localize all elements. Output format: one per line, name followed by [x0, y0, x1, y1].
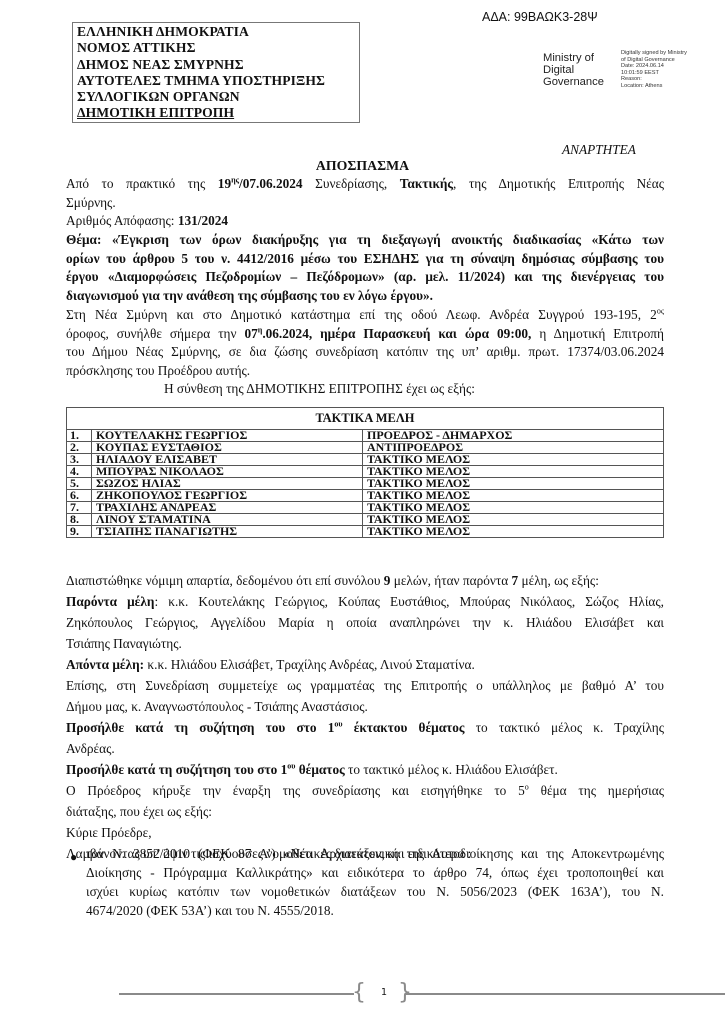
list-item-line: ισχύει κυρίως κατόπιν των νομοθετικών δι… — [86, 882, 664, 901]
list-item-line: τον Ν. 3852/2010 (ΦΕΚ 87 Α’) «Νέα Αρχιτε… — [86, 844, 664, 863]
header-line: ΕΛΛΗΝΙΚΗ ΔΗΜΟΚΡΑΤΙΑ — [77, 24, 359, 40]
digital-signature-details: Digitally signed by Ministry of Digital … — [621, 50, 687, 90]
issuer-header-box: ΕΛΛΗΝΙΚΗ ΔΗΜΟΚΡΑΤΙΑ ΝΟΜΟΣ ΑΤΤΙΚΗΣ ΔΗΜΟΣ … — [72, 22, 360, 123]
list-item-line: Διοίκησης - Πρόγραμμα Καλλικράτης» και ε… — [86, 863, 664, 882]
signature-org-line: Digital — [543, 64, 604, 76]
attendance-section: Διαπιστώθηκε νόμιμη απαρτία, δεδομένου ό… — [66, 572, 664, 864]
header-line: ΔΗΜΟΤΙΚΗ ΕΠΙΤΡΟΠΗ — [77, 105, 359, 121]
meeting-line: του Δήμου Νέας Σμύρνης, σε δια ζώσης συν… — [66, 343, 664, 362]
table-header: ΤΑΚΤΙΚΑ ΜΕΛΗ — [67, 408, 664, 430]
list-item-line: 4674/2020 (ΦΕΚ 53Α’) και του Ν. 4555/201… — [86, 901, 664, 920]
signature-detail: Reason: — [621, 76, 687, 83]
subject-line: έργου «Διαμορφώσεις Πεζοδρομίων – Πεζόδρ… — [66, 268, 664, 287]
decision-number-line: Αριθμός Απόφασης: 131/2024 — [66, 212, 664, 231]
signature-org-line: Ministry of — [543, 52, 604, 64]
meeting-line: όροφος, συνήλθε σήμερα την 07η.06.2024, … — [66, 325, 664, 344]
table-header-row: ΤΑΚΤΙΚΑ ΜΕΛΗ — [67, 408, 664, 430]
signature-org-line: Governance — [543, 76, 604, 88]
member-role: ΤΑΚΤΙΚΟ ΜΕΛΟΣ — [363, 526, 664, 538]
arrival-note-line: Ανδρέας. — [66, 738, 664, 759]
secretary-line: Επίσης, στη Συνεδρίαση συμμετείχε ως γρα… — [66, 675, 664, 696]
header-line: ΝΟΜΟΣ ΑΤΤΙΚΗΣ — [77, 40, 359, 56]
meeting-line: πρόσκλησης του Προέδρου αυτής. — [66, 362, 664, 381]
present-members-line: Ζηκόπουλος Γεώργιος, Αγγελίδου Μαρία η ο… — [66, 612, 664, 633]
header-line: ΣΥΛΛΟΓΙΚΩΝ ΟΡΓΑΝΩΝ — [77, 89, 359, 105]
bullet-icon: ● — [70, 850, 77, 865]
member-number: 9. — [67, 526, 92, 538]
ada-code: ΑΔΑ: 99ΒΑΩΚ3-28Ψ — [482, 10, 598, 24]
subject-line: Θέμα: «Έγκριση των όρων διακήρυξης για τ… — [66, 231, 664, 250]
arrival-note: Προσήλθε κατά τη συζήτηση του στο 1ου θέ… — [66, 759, 664, 780]
table-row: 9.ΤΣΙΑΠΗΣ ΠΑΝΑΓΙΩΤΗΣΤΑΚΤΙΚΟ ΜΕΛΟΣ — [67, 526, 664, 538]
signature-detail: 10:01:59 EEST — [621, 70, 687, 77]
signature-detail: Digitally signed by Ministry — [621, 50, 687, 57]
footer-rule-right — [406, 993, 725, 995]
header-line: ΑΥΤΟΤΕΛΕΣ ΤΜΗΜΑ ΥΠΟΣΤΗΡΙΞΗΣ — [77, 73, 359, 89]
present-members-line: Τσιάπης Παναγιώτης. — [66, 633, 664, 654]
page-number: 1 — [381, 987, 387, 998]
document-title: ΑΠΟΣΠΑΣΜΑ — [0, 158, 725, 174]
signature-org: Ministry of Digital Governance — [543, 52, 604, 88]
intro-line: Σμύρνης. — [66, 194, 664, 213]
subject-line: ορίων του άρθρου 5 του ν. 4412/2016 μέσω… — [66, 250, 664, 269]
footer-rule-left — [119, 993, 354, 995]
composition-intro: Η σύνθεση της ΔΗΜΟΤΙΚΗΣ ΕΠΙΤΡΟΠΗΣ έχει ω… — [66, 380, 664, 399]
intro-line: Από το πρακτικό της 19ης/07.06.2024 Συνε… — [66, 175, 664, 194]
header-line: ΔΗΜΟΣ ΝΕΑΣ ΣΜΥΡΝΗΣ — [77, 57, 359, 73]
left-brace-icon: { — [352, 982, 366, 1004]
members-table: ΤΑΚΤΙΚΑ ΜΕΛΗ 1.ΚΟΥΤΕΛΑΚΗΣ ΓΕΩΡΓΙΟΣΠΡΟΕΔΡ… — [66, 407, 664, 538]
subject-line: διαγωνισμού για την ανάθεση της σύμβασης… — [66, 287, 664, 306]
member-name: ΤΣΙΑΠΗΣ ΠΑΝΑΓΙΩΤΗΣ — [92, 526, 363, 538]
intro-paragraph: Από το πρακτικό της 19ης/07.06.2024 Συνε… — [66, 175, 664, 231]
absent-members: Απόντα μέλη: κ.κ. Ηλιάδου Ελισάβετ, Τραχ… — [66, 654, 664, 675]
chair-line: Ο Πρόεδρος κήρυξε την έναρξη της συνεδρί… — [66, 780, 664, 801]
secretary-line: Δήμου μας, κ. Αναγνωστόπουλος - Τσιάπης … — [66, 696, 664, 717]
subject-paragraph: Θέμα: «Έγκριση των όρων διακήρυξης για τ… — [66, 231, 664, 305]
signature-detail: Location: Athens — [621, 83, 687, 90]
legislation-list-item: τον Ν. 3852/2010 (ΦΕΚ 87 Α’) «Νέα Αρχιτε… — [86, 844, 664, 920]
arrival-note: Προσήλθε κατά τη συζήτηση του στο 1ου έκ… — [66, 717, 664, 738]
signature-detail: Date: 2024.06.14 — [621, 63, 687, 70]
present-members: Παρόντα μέλη: κ.κ. Κουτελάκης Γεώργιος, … — [66, 591, 664, 612]
salutation: Κύριε Πρόεδρε, — [66, 822, 664, 843]
chair-line: διάταξης, που έχει ως εξής: — [66, 801, 664, 822]
posting-label: ΑΝΑΡΤΗΤΕΑ — [562, 142, 636, 158]
signature-detail: of Digital Governance — [621, 57, 687, 64]
quorum-line: Διαπιστώθηκε νόμιμη απαρτία, δεδομένου ό… — [66, 572, 664, 591]
meeting-paragraph: Στη Νέα Σμύρνη και στο Δημοτικό κατάστημ… — [66, 306, 664, 399]
meeting-line: Στη Νέα Σμύρνη και στο Δημοτικό κατάστημ… — [66, 306, 664, 325]
